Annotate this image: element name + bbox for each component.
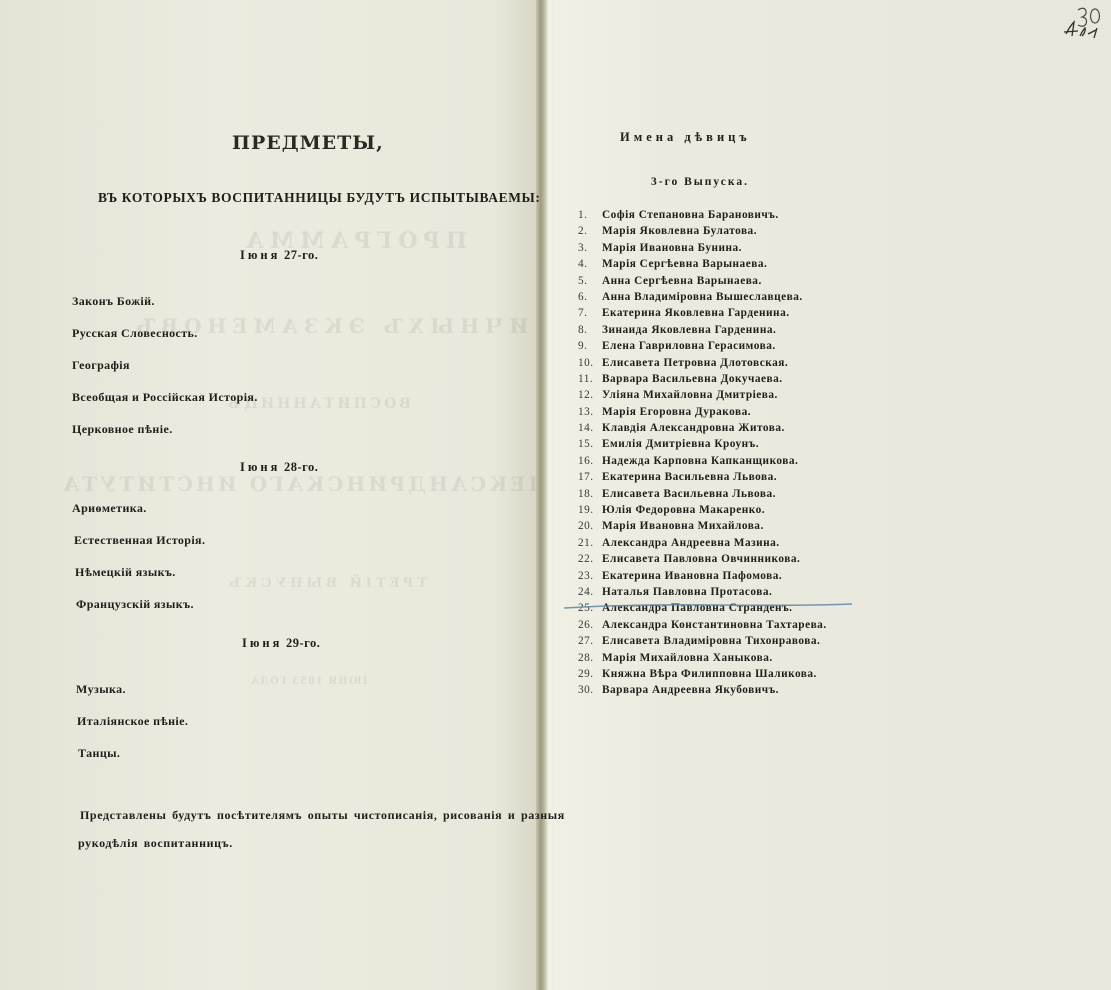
- student-name: Надежда Карповна Капканщикова.: [602, 455, 798, 467]
- day-label: 29-го.: [286, 636, 320, 650]
- list-item: 23.Екатерина Ивановна Пафомова.: [578, 568, 827, 584]
- subject-item: Церковное пѣніе.: [72, 422, 173, 437]
- list-item: 11.Варвара Васильевна Докучаева.: [578, 371, 827, 387]
- page-subtitle: въ которыхъ воспитанницы будутъ испытыва…: [98, 190, 541, 206]
- student-name: Екатерина Ивановна Пафомова.: [602, 570, 782, 582]
- student-name: Зинаида Яковлевна Гарденина.: [602, 324, 776, 336]
- list-item: 20.Марія Ивановна Михайлова.: [578, 518, 827, 534]
- day-label: 28-го.: [284, 460, 318, 474]
- subject-item: Французскій языкъ.: [76, 597, 194, 612]
- names-title: Имена дѣвицъ: [620, 130, 751, 145]
- student-name: Варвара Андреевна Якубовичъ.: [602, 684, 779, 696]
- student-name: Анна Сергѣевна Варынаева.: [602, 275, 762, 287]
- month-label: Іюня: [240, 460, 280, 474]
- student-name: Софія Степановна Барановичъ.: [602, 209, 779, 221]
- student-name: Александра Константиновна Тахтарева.: [602, 619, 827, 631]
- student-name: Марія Егоровна Дуракова.: [602, 406, 751, 418]
- student-name: Наталья Павловна Протасова.: [602, 586, 772, 598]
- list-item: 19.Юлія Федоровна Макаренко.: [578, 502, 827, 518]
- list-item: 3.Марія Ивановна Бунина.: [578, 240, 827, 256]
- student-name: Клавдія Александровна Житова.: [602, 422, 785, 434]
- student-name: Екатерина Яковлевна Гарденина.: [602, 307, 790, 319]
- student-name: Марія Сергѣевна Варынаева.: [602, 258, 767, 270]
- book-gutter: [536, 0, 554, 990]
- list-item: 6.Анна Владиміровна Вышеславцева.: [578, 289, 827, 305]
- list-item: 4.Марія Сергѣевна Варынаева.: [578, 256, 827, 272]
- student-name: Княжна Вѣра Филипповна Шаликова.: [602, 668, 817, 680]
- day-label: 27-го.: [284, 248, 318, 262]
- subject-item: Италіянское пѣніе.: [77, 714, 188, 729]
- subject-item: Танцы.: [78, 746, 120, 761]
- list-item: 29.Княжна Вѣра Филипповна Шаликова.: [578, 666, 827, 682]
- student-name: Елисавета Васильевна Львова.: [602, 488, 776, 500]
- student-name: Марія Михайловна Ханыкова.: [602, 652, 773, 664]
- student-name: Юлія Федоровна Макаренко.: [602, 504, 765, 516]
- student-name: Анна Владиміровна Вышеславцева.: [602, 291, 803, 303]
- student-name: Уліяна Михайловна Дмитріева.: [602, 389, 778, 401]
- list-item: 14.Клавдія Александровна Житова.: [578, 420, 827, 436]
- subject-item: Законъ Божій.: [72, 294, 155, 309]
- subject-item: Музыка.: [76, 682, 126, 697]
- month-label: Іюня: [240, 248, 280, 262]
- list-item: 9.Елена Гавриловна Герасимова.: [578, 338, 827, 354]
- list-item: 21.Александра Андреевна Мазина.: [578, 535, 827, 551]
- list-item: 7.Екатерина Яковлевна Гарденина.: [578, 305, 827, 321]
- date-heading-june-29: Іюня 29-го.: [242, 636, 320, 651]
- subject-item: Естественная Исторія.: [74, 533, 205, 548]
- subject-item: Русская Словесность.: [72, 326, 198, 341]
- list-item: 26.Александра Константиновна Тахтарева.: [578, 617, 827, 633]
- student-name: Елена Гавриловна Герасимова.: [602, 340, 776, 352]
- list-item: 22.Елисавета Павловна Овчинникова.: [578, 551, 827, 567]
- student-name: Елисавета Владиміровна Тихонравова.: [602, 635, 820, 647]
- list-item: 17.Екатерина Васильевна Львова.: [578, 469, 827, 485]
- list-item: 15.Емилія Дмитріевна Кроунъ.: [578, 436, 827, 452]
- bleed-through-text: ТРЕТІЙ ВЫПУСКЪ: [225, 576, 427, 591]
- list-item: 28.Марія Михайловна Ханыкова.: [578, 650, 827, 666]
- date-heading-june-27: Іюня 27-го.: [240, 248, 318, 263]
- student-name: Елисавета Петровна Длотовская.: [602, 357, 788, 369]
- list-item: 12.Уліяна Михайловна Дмитріева.: [578, 387, 827, 403]
- handwritten-pen-line: [564, 602, 852, 610]
- list-item: 27.Елисавета Владиміровна Тихонравова.: [578, 633, 827, 649]
- subject-item: Нѣмецкій языкъ.: [75, 565, 176, 580]
- list-item: 5.Анна Сергѣевна Варынаева.: [578, 273, 827, 289]
- student-name: Елисавета Павловна Овчинникова.: [602, 553, 800, 565]
- date-heading-june-28: Іюня 28-го.: [240, 460, 318, 475]
- month-label: Іюня: [242, 636, 282, 650]
- closing-note-line-1: Представлены будутъ посѣтителямъ опыты ч…: [80, 808, 565, 823]
- subject-item: Всеобщая и Россійская Исторія.: [72, 390, 258, 405]
- student-name: Екатерина Васильевна Львова.: [602, 471, 777, 483]
- closing-note-line-2: рукодѣлія воспитанницъ.: [78, 836, 233, 851]
- list-item: 13.Марія Егоровна Дуракова.: [578, 404, 827, 420]
- student-name: Марія Яковлевна Булатова.: [602, 225, 757, 237]
- names-subtitle: 3-го Выпуска.: [651, 176, 749, 188]
- student-name: Варвара Васильевна Докучаева.: [602, 373, 783, 385]
- student-name: Александра Андреевна Мазина.: [602, 537, 780, 549]
- list-item: 1.Софія Степановна Барановичъ.: [578, 207, 827, 223]
- page-title: Предметы,: [232, 132, 384, 154]
- list-item: 18.Елисавета Васильевна Львова.: [578, 486, 827, 502]
- student-names-list: 1.Софія Степановна Барановичъ. 2.Марія Я…: [578, 207, 827, 699]
- bleed-through-text: ІЮНЯ 1853 ГОДА: [250, 676, 367, 687]
- list-item: 16.Надежда Карповна Капканщикова.: [578, 453, 827, 469]
- list-item: 30.Варвара Андреевна Якубовичъ.: [578, 682, 827, 698]
- list-item: 24.Наталья Павловна Протасова.: [578, 584, 827, 600]
- student-name: Емилія Дмитріевна Кроунъ.: [602, 438, 759, 450]
- list-item: 2.Марія Яковлевна Булатова.: [578, 223, 827, 239]
- list-item: 10.Елисавета Петровна Длотовская.: [578, 355, 827, 371]
- handwritten-page-number: [1060, 4, 1108, 44]
- subject-item: Географія: [72, 358, 130, 373]
- student-name: Марія Ивановна Михайлова.: [602, 520, 764, 532]
- subject-item: Ариѳметика.: [72, 501, 147, 516]
- list-item: 8.Зинаида Яковлевна Гарденина.: [578, 322, 827, 338]
- student-name: Марія Ивановна Бунина.: [602, 242, 742, 254]
